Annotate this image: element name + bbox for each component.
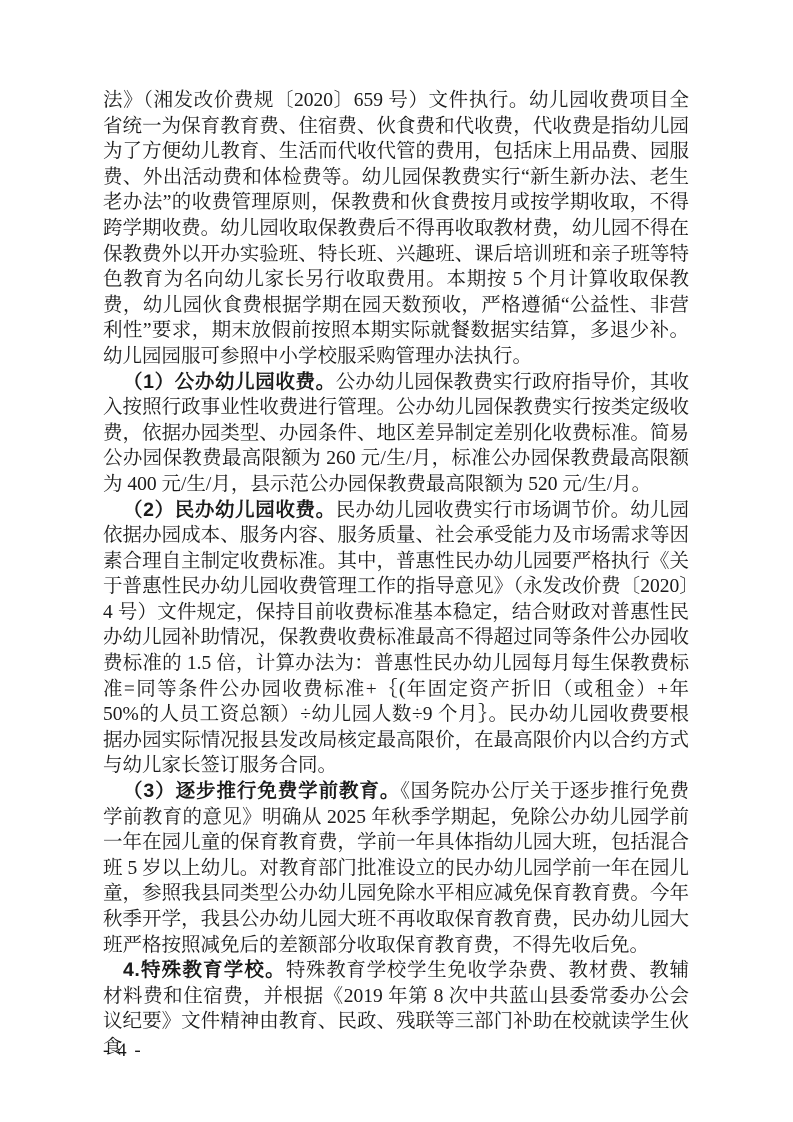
- paragraph-public-kindergarten-fees: （1）公办幼儿园收费。公办幼儿园保教费实行政府指导价，其收入按照行政事业性收费进…: [103, 370, 689, 498]
- paragraph-heading: （3）逐步推行免费学前教育。: [123, 780, 400, 802]
- page-number: - 4 -: [103, 1040, 142, 1062]
- document-page: 法》（湘发改价费规〔2020〕659 号）文件执行。幼儿园收费项目全省统一为保育…: [0, 0, 793, 1122]
- paragraph-heading: （1）公办幼儿园收费。: [123, 371, 336, 393]
- document-body: 法》（湘发改价费规〔2020〕659 号）文件执行。幼儿园收费项目全省统一为保育…: [103, 88, 689, 1061]
- paragraph-heading: （2）民办幼儿园收费。: [123, 499, 336, 521]
- paragraph-text: 《国务院办公厅关于逐步推行免费学前教育的意见》明确从 2025 年秋季学期起，免…: [103, 781, 689, 956]
- paragraph-private-kindergarten-fees: （2）民办幼儿园收费。民办幼儿园收费实行市场调节价。幼儿园依据办园成本、服务内容…: [103, 498, 689, 780]
- paragraph-free-preschool-education: （3）逐步推行免费学前教育。《国务院办公厅关于逐步推行免费学前教育的意见》明确从…: [103, 779, 689, 958]
- paragraph-continuation: 法》（湘发改价费规〔2020〕659 号）文件执行。幼儿园收费项目全省统一为保育…: [103, 88, 689, 370]
- paragraph-heading: 4.特殊教育学校。: [123, 959, 286, 981]
- paragraph-special-education-school: 4.特殊教育学校。特殊教育学校学生免收学杂费、教材费、教辅材料费和住宿费，并根据…: [103, 958, 689, 1060]
- paragraph-text: 法》（湘发改价费规〔2020〕659 号）文件执行。幼儿园收费项目全省统一为保育…: [103, 90, 689, 367]
- paragraph-text: 民办幼儿园收费实行市场调节价。幼儿园依据办园成本、服务内容、服务质量、社会承受能…: [103, 500, 689, 777]
